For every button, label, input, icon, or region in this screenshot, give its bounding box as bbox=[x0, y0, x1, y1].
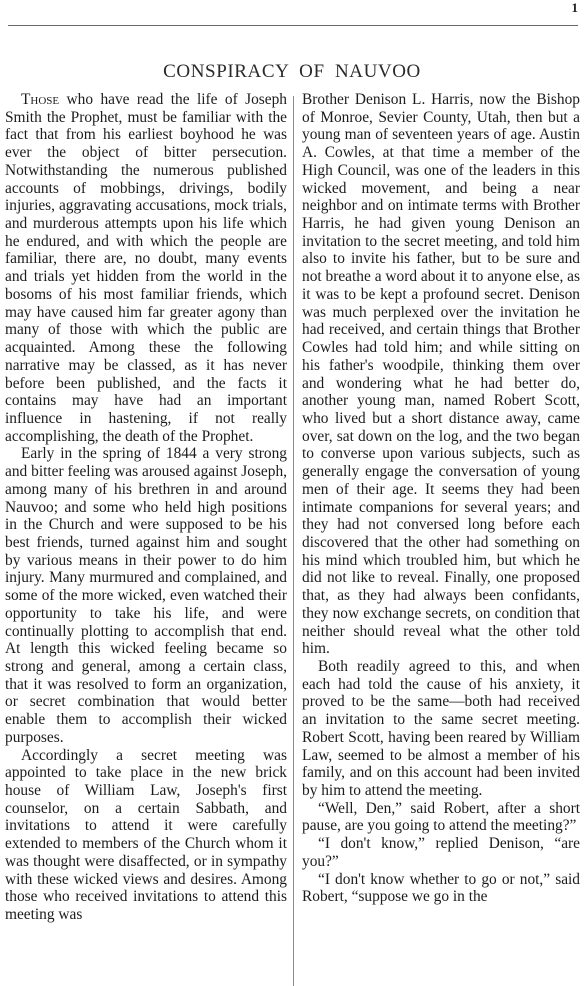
right-column: Brother Denison L. Harris, now the Bisho… bbox=[302, 91, 580, 906]
header-rule bbox=[8, 25, 578, 26]
paragraph: “Well, Den,” said Robert, after a short … bbox=[302, 800, 580, 835]
paragraph: Both readily agreed to this, and when ea… bbox=[302, 658, 580, 800]
lead-word: Those bbox=[21, 91, 59, 108]
page-number: 1 bbox=[572, 0, 579, 16]
paragraph: Those who have read the life of Joseph S… bbox=[5, 91, 287, 445]
page-title: CONSPIRACY OF NAUVOO bbox=[0, 61, 584, 83]
left-column: Those who have read the life of Joseph S… bbox=[5, 91, 287, 924]
paragraph: Accordingly a secret meeting was appoint… bbox=[5, 747, 287, 924]
paragraph-text: who have read the life of Joseph Smith t… bbox=[5, 91, 287, 445]
paragraph: “I don't know,” replied Denison, “are yo… bbox=[302, 835, 580, 870]
paragraph: Early in the spring of 1844 a very stron… bbox=[5, 445, 287, 746]
paragraph: “I don't know whether to go or not,” sai… bbox=[302, 871, 580, 906]
paragraph-continued: Brother Denison L. Harris, now the Bisho… bbox=[302, 91, 580, 658]
column-divider bbox=[293, 96, 294, 986]
